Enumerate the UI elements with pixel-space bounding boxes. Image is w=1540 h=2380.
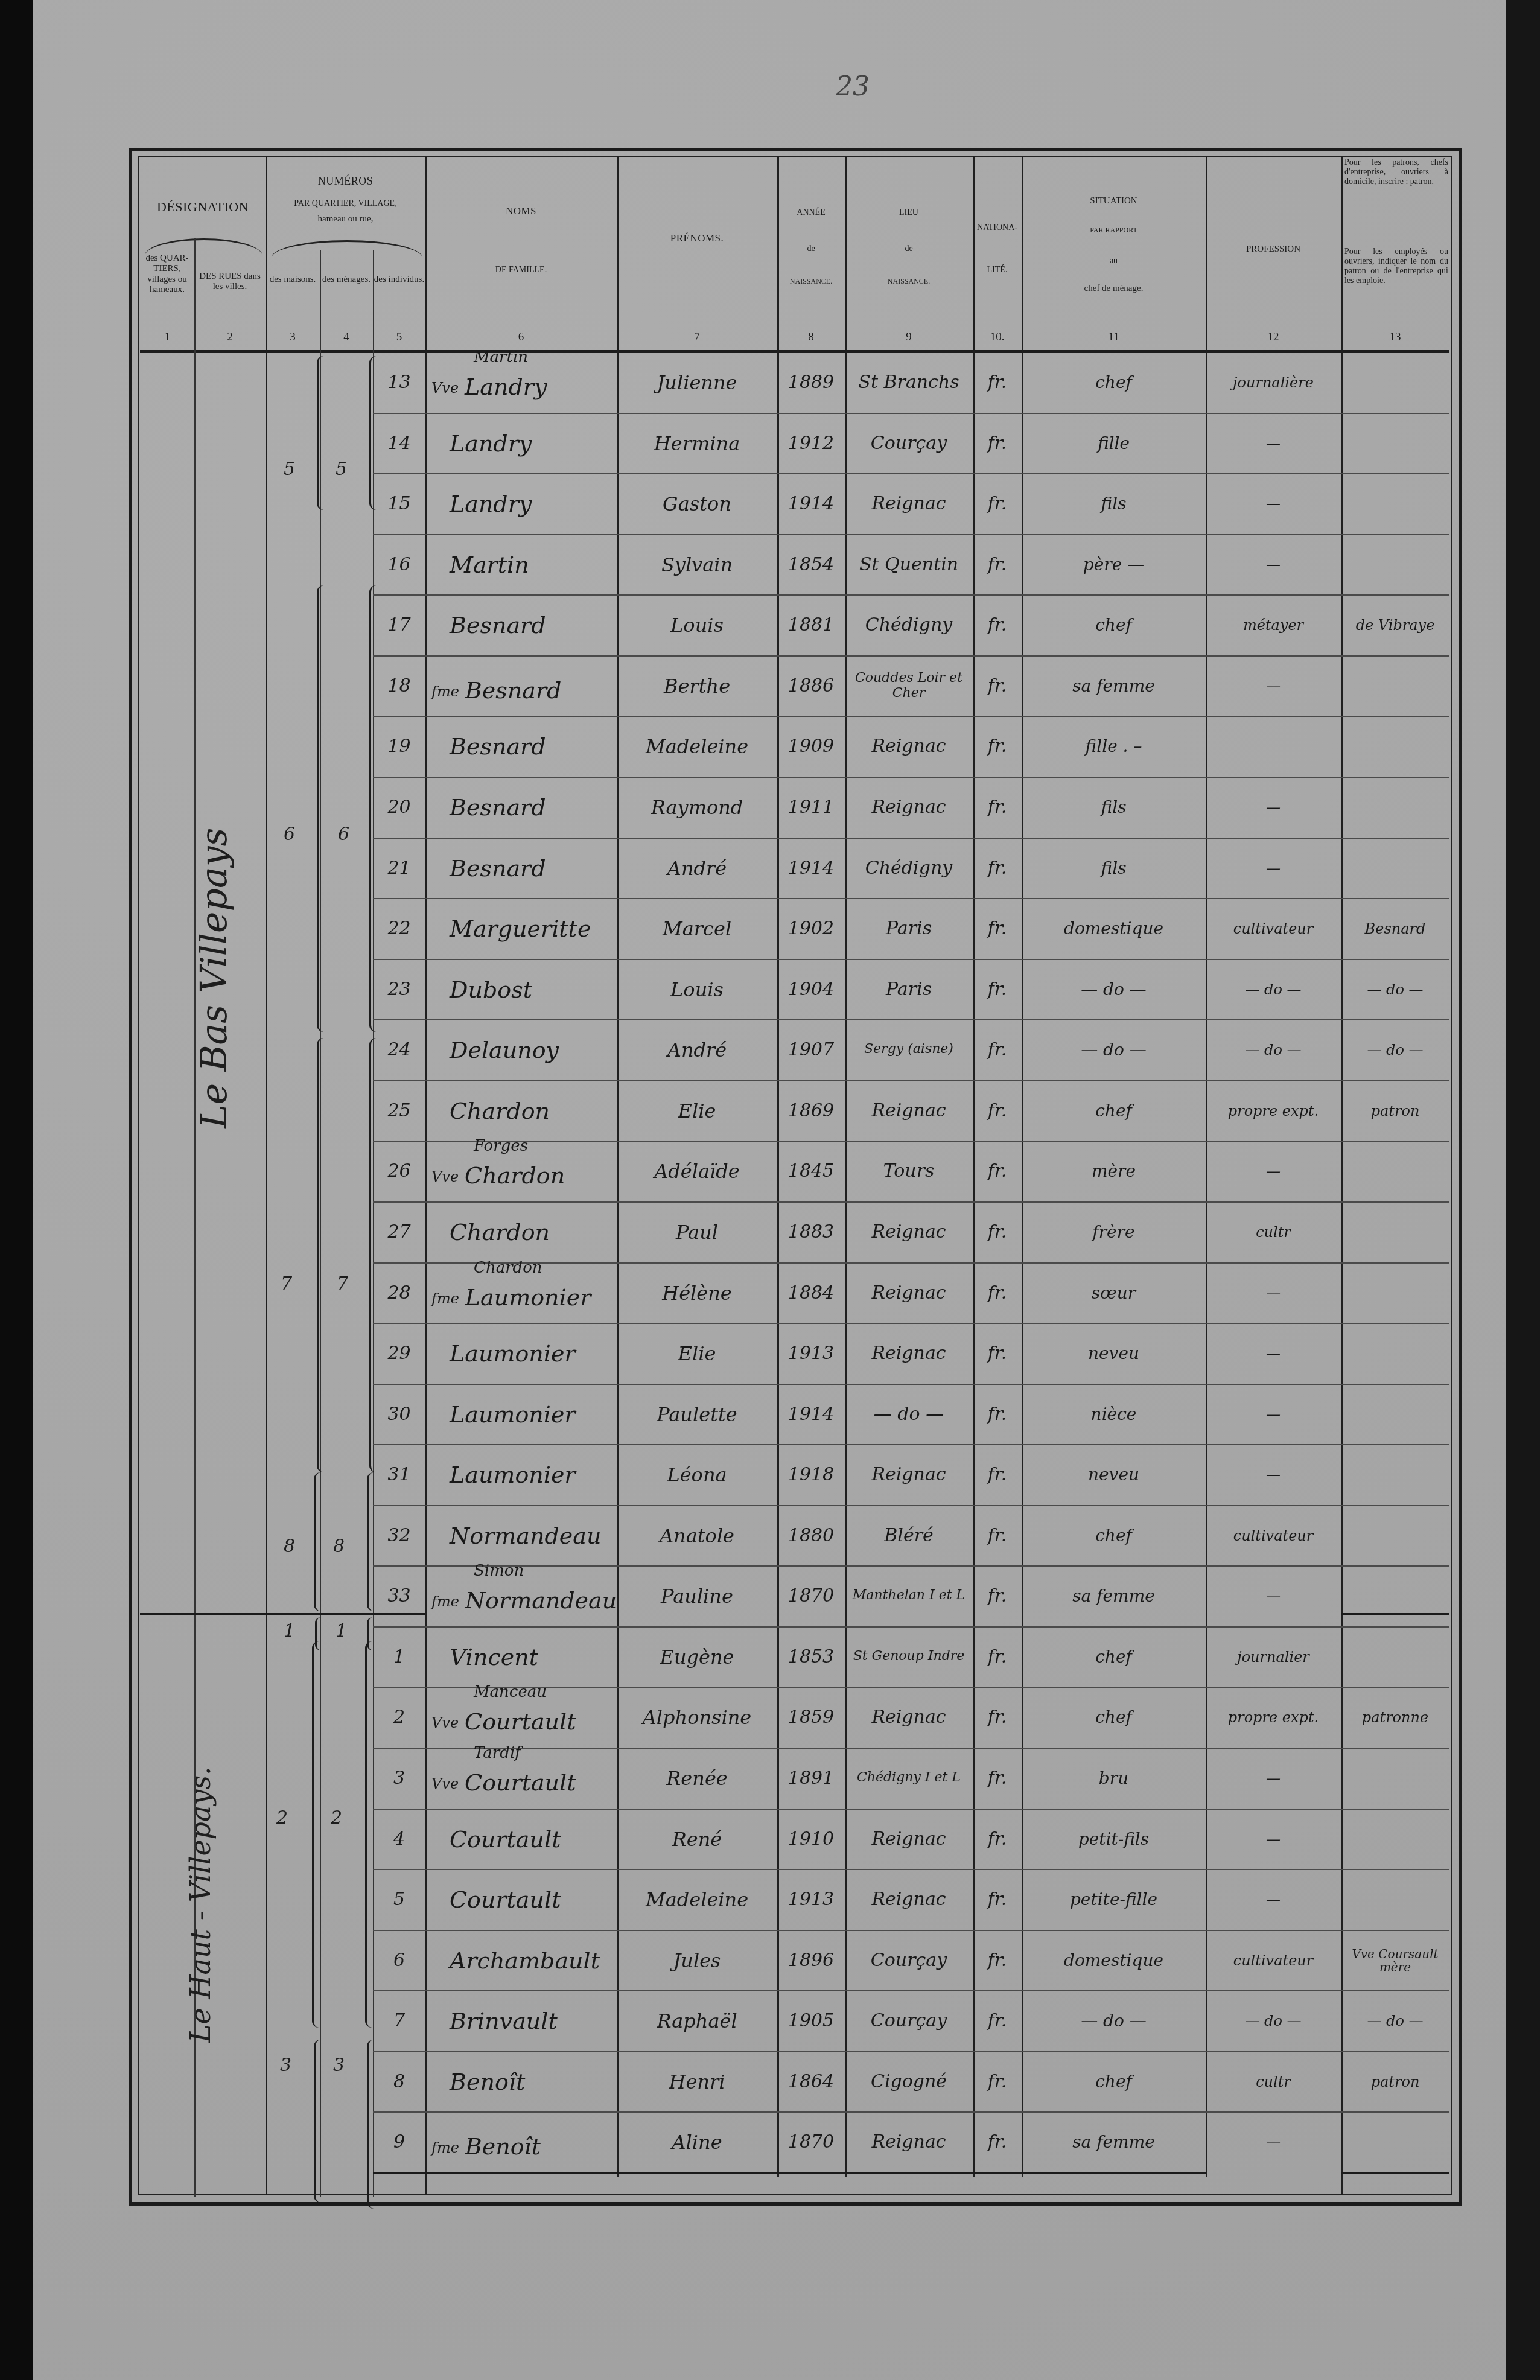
birthplace: Courçay [847,1990,970,2051]
group-menage-number: 1 [336,1620,347,1641]
family-name-cell: Besnard [431,594,632,655]
birthplace: Chédigny I et L [847,1748,970,1809]
household-relation: chef [1024,1626,1203,1687]
family-name: Normandeau [465,1587,617,1614]
first-name: Alphonsine [619,1687,775,1748]
group-brace [317,356,323,510]
individual-number: 5 [375,1869,423,1930]
first-name: Paulette [619,1384,775,1445]
birthplace: St Quentin [847,534,970,595]
maiden-name: Simon [474,1562,524,1580]
family-name: Brinvault [450,2008,558,2034]
birth-year: 1884 [780,1262,842,1323]
nationality: fr. [975,655,1019,716]
family-name-cell: Landry [431,413,632,474]
colnum-3: 3 [266,331,320,344]
family-name-cell: Laumonier [431,1384,632,1445]
first-name: Elie [619,1080,775,1141]
individual-number: 4 [375,1809,423,1869]
individual-number: 14 [375,413,423,474]
individual-number: 13 [375,352,423,413]
individual-number: 8 [375,2051,423,2112]
col-divider [266,156,267,2195]
family-name: Besnard [450,733,546,760]
profession: — do — [1208,1990,1338,2051]
nationality: fr. [975,959,1019,1020]
group-menage-number: 6 [338,824,349,845]
family-name: Besnard [465,677,562,704]
employer [1343,1809,1447,1869]
header-nationalite-b: LITÉ. [973,266,1022,275]
header-prenoms: PRÉNOMS. [617,232,777,244]
colnum-2: 2 [194,331,266,344]
family-name: Laumonier [450,1462,576,1488]
birthplace: Reignac [847,777,970,838]
individual-number: 21 [375,838,423,899]
nationality: fr. [975,1687,1019,1748]
birth-year: 1845 [780,1141,842,1201]
household-relation: bru [1024,1748,1203,1809]
group-maison-number: 8 [284,1536,295,1557]
birth-year: 1907 [780,1019,842,1080]
profession: — [1208,534,1338,595]
household-relation: chef [1024,594,1203,655]
birthplace: Courçay [847,413,970,474]
birth-year: 1909 [780,716,842,777]
birthplace: Reignac [847,1869,970,1930]
employer [1343,1201,1447,1262]
nationality: fr. [975,1869,1019,1930]
family-name: Besnard [450,794,546,821]
profession: — [1208,1444,1338,1505]
table-bottom-line [373,2172,1206,2174]
employer: patron [1343,1080,1447,1141]
birthplace: Paris [847,898,970,959]
family-name-cell: Laumonier [431,1444,632,1505]
page-edge [1506,0,1540,2380]
employer [1343,655,1447,716]
first-name: Julienne [619,352,775,413]
birthplace: Reignac [847,1809,970,1869]
civil-status-prefix: Vve [431,380,459,396]
birthplace: Reignac [847,1687,970,1748]
family-name-cell: Landry [431,473,632,534]
group-menage-number: 2 [331,1807,342,1828]
household-relation: — do — [1024,959,1203,1020]
employer [1343,1141,1447,1201]
birthplace: Reignac [847,716,970,777]
col-divider [973,156,975,2177]
birth-year: 1905 [780,1990,842,2051]
employer [1343,777,1447,838]
header-noms-sub: DE FAMILLE. [425,266,617,275]
page-number: 23 [836,71,870,102]
nationality: fr. [975,473,1019,534]
nationality: fr. [975,1201,1019,1262]
colnum-1: 1 [140,331,194,344]
family-name: Chardon [465,1162,565,1189]
colnum-8: 8 [777,331,845,344]
group-brace [367,2040,374,2209]
col-divider [1206,156,1207,2177]
family-name-cell: Besnard [431,838,632,899]
household-relation: sa femme [1024,1565,1203,1626]
first-name: René [619,1809,775,1869]
household-relation: petit-fils [1024,1809,1203,1869]
nationality: fr. [975,1930,1019,1991]
first-name: Hélène [619,1262,775,1323]
birthplace: Couddes Loir et Cher [847,655,970,716]
family-name: Archambault [450,1947,600,1974]
civil-status-prefix: Vve [431,1714,459,1731]
profession: — [1208,473,1338,534]
family-name: Chardon [450,1098,550,1124]
civil-status-prefix: Vve [431,1168,459,1185]
civil-status-prefix: fme [431,1290,459,1307]
nationality: fr. [975,1565,1019,1626]
birthplace: Reignac [847,1262,970,1323]
maiden-name: Martin [474,348,528,366]
group-brace [317,1038,323,1472]
employer [1343,534,1447,595]
household-relation: fils [1024,473,1203,534]
profession: — [1208,2111,1338,2172]
profession: — [1208,1869,1338,1930]
birthplace: St Genoup Indre [847,1626,970,1687]
household-relation: sa femme [1024,2111,1203,2172]
individual-number: 20 [375,777,423,838]
group-brace [314,1472,320,1611]
col-divider [1341,156,1343,2195]
employer: — do — [1343,1019,1447,1080]
family-name-cell: Normandeau [431,1505,632,1566]
birthplace: St Branchs [847,352,970,413]
family-name-cell: Courtault [431,1809,632,1869]
first-name: Elie [619,1323,775,1384]
nationality: fr. [975,1141,1019,1201]
first-name: Berthe [619,655,775,716]
birthplace: Chédigny [847,594,970,655]
birthplace: Reignac [847,2111,970,2172]
first-name: Adélaïde [619,1141,775,1201]
birthplace: Reignac [847,1323,970,1384]
birth-year: 1854 [780,534,842,595]
nationality: fr. [975,1444,1019,1505]
birth-year: 1881 [780,594,842,655]
birth-year: 1914 [780,473,842,534]
household-relation: chef [1024,2051,1203,2112]
nationality: fr. [975,1505,1019,1566]
individual-number: 28 [375,1262,423,1323]
individual-number: 27 [375,1201,423,1262]
household-relation: sa femme [1024,655,1203,716]
group-maison-number: 7 [281,1273,292,1294]
birth-year: 1902 [780,898,842,959]
employer [1343,1384,1447,1445]
household-relation: — do — [1024,1990,1203,2051]
household-relation: père — [1024,534,1203,595]
village-le-bas-villepays: Le Bas Villepays [193,754,229,1128]
employer [1343,473,1447,534]
first-name: Renée [619,1748,775,1809]
birth-year: 1911 [780,777,842,838]
birthplace: Chédigny [847,838,970,899]
household-relation: chef [1024,1080,1203,1141]
header-noms: NOMS [425,205,617,217]
birth-year: 1886 [780,655,842,716]
birth-year: 1891 [780,1748,842,1809]
individual-number: 15 [375,473,423,534]
birth-year: 1870 [780,2111,842,2172]
household-relation: — do — [1024,1019,1203,1080]
household-relation: domestique [1024,1930,1203,1991]
employer [1343,413,1447,474]
family-name: Benoît [450,2069,525,2095]
header-col4: des ménages. [320,275,373,285]
first-name: Louis [619,594,775,655]
individual-number: 23 [375,959,423,1020]
individual-number: 17 [375,594,423,655]
birthplace: Reignac [847,1080,970,1141]
header-situation-c: au [1022,256,1206,266]
profession: — [1208,1323,1338,1384]
employer [1343,1323,1447,1384]
group-maison-number: 6 [284,824,295,845]
profession: propre expt. [1208,1080,1338,1141]
header-annee-de: de [777,244,845,254]
colnum-12: 12 [1206,331,1341,344]
individual-number: 22 [375,898,423,959]
household-relation: fille . – [1024,716,1203,777]
household-relation: neveu [1024,1323,1203,1384]
profession: journalier [1208,1626,1338,1687]
nationality: fr. [975,777,1019,838]
group-brace [312,1641,319,2028]
colnum-7: 7 [617,331,777,344]
individual-number: 31 [375,1444,423,1505]
family-name: Laumonier [450,1401,576,1428]
colnum-11: 11 [1022,331,1206,344]
header-col3: des maisons. [266,275,320,285]
individual-number: 30 [375,1384,423,1445]
header-annee: ANNÉE [777,208,845,218]
employer [1343,1869,1447,1930]
family-name-cell: Chardon [431,1201,632,1262]
individual-number: 24 [375,1019,423,1080]
family-name: Besnard [450,612,546,638]
family-name-cell: Brinvault [431,1990,632,2051]
individual-number: 18 [375,655,423,716]
individual-number: 26 [375,1141,423,1201]
family-name-cell: fmeBesnard [431,655,614,716]
birth-year: 1913 [780,1869,842,1930]
birth-year: 1904 [780,959,842,1020]
profession: cultivateur [1208,898,1338,959]
first-name: Aline [619,2111,775,2172]
nationality: fr. [975,1748,1019,1809]
birth-year: 1889 [780,352,842,413]
header-numeros-sub1: PAR QUARTIER, VILLAGE, [266,199,425,209]
group-brace [367,1472,374,1611]
nationality: fr. [975,1019,1019,1080]
birth-year: 1918 [780,1444,842,1505]
first-name: Gaston [619,473,775,534]
employer [1343,1748,1447,1809]
birth-year: 1912 [780,413,842,474]
header-patron-sep: — [1344,229,1448,239]
employer: patronne [1343,1687,1447,1748]
family-name: Besnard [450,855,546,882]
family-name: Dubost [450,976,532,1003]
individual-number: 3 [375,1748,423,1809]
family-name: Landry [450,430,532,457]
family-name-cell: Vincent [431,1626,632,1687]
birthplace: Reignac [847,1201,970,1262]
family-name: Laumonier [465,1284,591,1311]
group-maison-number: 2 [276,1807,288,1828]
individual-number: 1 [375,1626,423,1687]
header-lieu-naissance: NAISSANCE. [845,278,973,286]
individual-number: 16 [375,534,423,595]
group-maison-number: 1 [284,1620,295,1641]
individual-number: 6 [375,1930,423,1991]
group-maison-number: 3 [280,2055,291,2076]
birthplace: Reignac [847,1444,970,1505]
individual-number: 19 [375,716,423,777]
profession: — [1208,777,1338,838]
family-name-cell: Laumonier [431,1323,632,1384]
family-name-cell: Besnard [431,716,632,777]
family-name: Martin [450,552,529,578]
employer: Vve Coursault mère [1343,1930,1447,1991]
profession: journalière [1208,352,1338,413]
first-name: Louis [619,959,775,1020]
employer: — do — [1343,959,1447,1020]
profession: — [1208,1809,1338,1869]
group-menage-number: 7 [337,1273,348,1294]
household-relation: sœur [1024,1262,1203,1323]
profession [1208,716,1338,777]
profession: — do — [1208,1019,1338,1080]
first-name: Marcel [619,898,775,959]
header-annee-naissance: NAISSANCE. [777,278,845,286]
household-relation: fils [1024,777,1203,838]
first-name: Hermina [619,413,775,474]
profession: — [1208,1262,1338,1323]
nationality: fr. [975,1080,1019,1141]
first-name: André [619,838,775,899]
household-relation: nièce [1024,1384,1203,1445]
maiden-name: Chardon [474,1259,542,1277]
employer: — do — [1343,1990,1447,2051]
family-name: Vincent [450,1644,538,1670]
nationality: fr. [975,898,1019,959]
employer [1343,2111,1447,2172]
col-divider [845,156,847,2177]
birthplace: — do — [847,1384,970,1445]
family-name-cell: VveCourtault [431,1748,614,1809]
employer [1343,1505,1447,1566]
birthplace: Tours [847,1141,970,1201]
employer: Besnard [1343,898,1447,959]
birth-year: 1880 [780,1505,842,1566]
birth-year: 1914 [780,838,842,899]
col-divider [777,156,779,2177]
group-maison-number: 5 [284,459,295,480]
individual-number: 29 [375,1323,423,1384]
civil-status-prefix: Vve [431,1775,459,1792]
birth-year: 1864 [780,2051,842,2112]
profession: — [1208,655,1338,716]
family-name: Margueritte [450,915,591,942]
employer [1343,1626,1447,1687]
colnum-9: 9 [845,331,973,344]
birthplace: Paris [847,959,970,1020]
colnum-4: 4 [320,331,373,344]
header-lieu-de: de [845,244,973,254]
header-patron-a: Pour les patrons, chefs d'entreprise, ou… [1344,158,1448,187]
header-situation-b: PAR RAPPORT [1022,226,1206,235]
employer: patron [1343,2051,1447,2112]
header-situation-d: chef de ménage. [1022,284,1206,294]
employer [1343,1262,1447,1323]
birth-year: 1896 [780,1930,842,1991]
birth-year: 1914 [780,1384,842,1445]
profession: — [1208,1565,1338,1626]
col-divider [425,156,427,2195]
birth-year: 1910 [780,1809,842,1869]
household-relation: chef [1024,1505,1203,1566]
household-relation: domestique [1024,898,1203,959]
family-name: Courtault [465,1708,576,1735]
nationality: fr. [975,1990,1019,2051]
header-nationalite: NATIONA- [973,223,1022,233]
first-name: Eugène [619,1626,775,1687]
profession: métayer [1208,594,1338,655]
employer [1343,352,1447,413]
nationality: fr. [975,716,1019,777]
family-name: Laumonier [450,1340,576,1367]
family-name: Landry [450,491,532,517]
first-name: Jules [619,1930,775,1991]
first-name: Léona [619,1444,775,1505]
family-name: Courtault [450,1886,561,1913]
civil-status-prefix: fme [431,1593,459,1610]
group-brace [317,585,323,1032]
nationality: fr. [975,413,1019,474]
family-name: Normandeau [450,1522,601,1549]
household-relation: petite-fille [1024,1869,1203,1930]
header-col1: des QUAR-TIERS, villages ou hameaux. [140,253,194,295]
birthplace: Sergy (aisne) [847,1019,970,1080]
household-relation: chef [1024,1687,1203,1748]
profession: cultivateur [1208,1505,1338,1566]
profession: — [1208,1141,1338,1201]
profession: — [1208,838,1338,899]
household-relation: frère [1024,1201,1203,1262]
colnum-13: 13 [1341,331,1449,344]
individual-number: 33 [375,1565,423,1626]
family-name-cell: Delaunoy [431,1019,632,1080]
table-bottom-line [1341,2172,1449,2174]
family-name: Courtault [450,1826,561,1853]
first-name: Pauline [619,1565,775,1626]
employer: de Vibraye [1343,594,1447,655]
nationality: fr. [975,2111,1019,2172]
civil-status-prefix: fme [431,2139,459,2156]
nationality: fr. [975,1384,1019,1445]
nationality: fr. [975,534,1019,595]
